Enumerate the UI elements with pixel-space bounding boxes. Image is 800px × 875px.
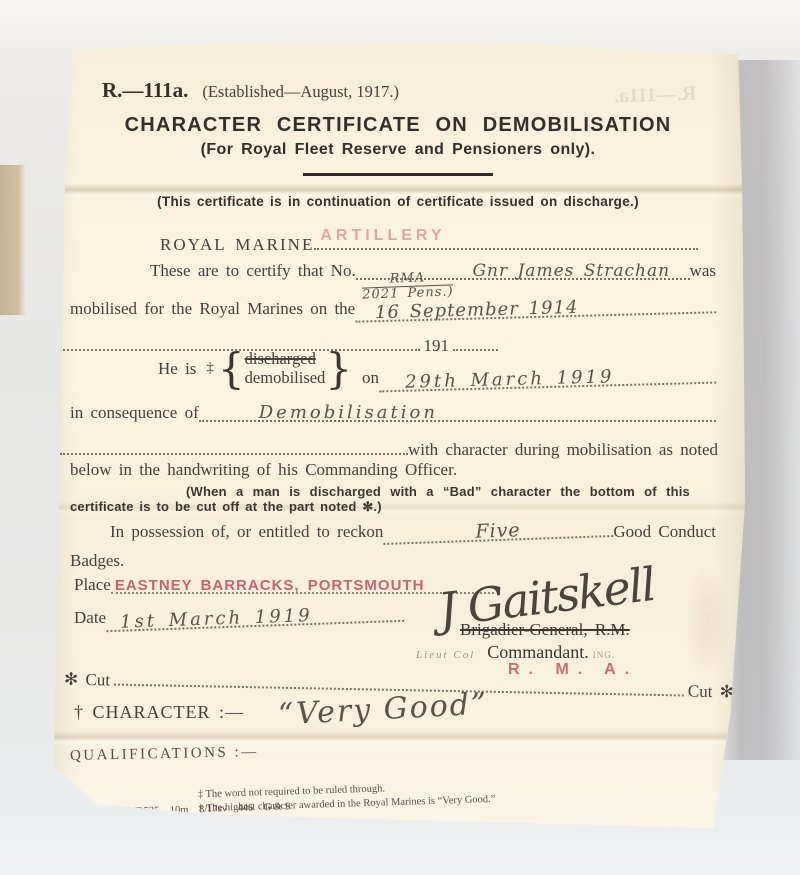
place-line: Place EASTNEY BARRACKS, PORTSMOUTH <box>74 575 494 595</box>
certificate-title: CHARACTER CERTIFICATE ON DEMOBILISATION <box>48 114 748 137</box>
consequence-value: Demobilisation <box>199 402 716 422</box>
character-note-line2: below in the handwriting of his Commandi… <box>70 460 457 480</box>
possession-suffix: Good Conduct <box>613 522 716 542</box>
demobilisation-date: 29th March 1919 <box>379 364 716 393</box>
possession-prefix: In possession of, or entitled to reckon <box>70 522 383 542</box>
possession-line: In possession of, or entitled to reckon … <box>70 520 716 542</box>
place-label: Place <box>74 575 111 595</box>
character-note-line: with character during mobilisation as no… <box>60 436 718 460</box>
service-line: ROYAL MARINE ARTILLERY <box>160 231 698 255</box>
rank-pencil: Lieut Col <box>416 649 475 661</box>
character-label: † CHARACTER :— <box>74 702 244 723</box>
certificate-document: R.—111a. R.—111a.(Established—August, 19… <box>48 42 748 832</box>
date-value: 1st March 1919 <box>106 602 404 632</box>
consequence-line: in consequence of Demobilisation <box>70 402 716 423</box>
stamp-showthrough <box>684 562 730 682</box>
form-number-showthrough: R.—111a. <box>613 83 696 109</box>
artillery-stamp: ARTILLERY <box>320 227 445 245</box>
mobilised-line: mobilised for the Royal Marines on the 1… <box>70 298 716 319</box>
open-brace: { <box>218 350 245 388</box>
cut-label-right: Cut ✻ <box>688 682 734 703</box>
rank-struck: Brigadier-General, R.M. <box>460 620 630 640</box>
date-line: Date 1st March 1919 <box>74 607 404 628</box>
title-rule <box>303 173 493 176</box>
consequence-label: in consequence of <box>70 403 199 423</box>
recruit-name: Gnr James Strachan <box>472 261 670 281</box>
service-number: RMA2021 Pens.) <box>361 270 453 301</box>
rank-suffix: ING. <box>593 650 615 660</box>
cut-label-left: ✻ Cut <box>64 670 110 691</box>
character-note-tail: with character during mobilisation as no… <box>408 440 718 460</box>
form-number: R.—111a. <box>102 78 188 102</box>
photograph-background: R.—111a. R.—111a.(Established—August, 19… <box>0 0 800 875</box>
rank-print: Commandant. <box>487 642 589 662</box>
status-line: He is ‡ { discharged demobilised } on 29… <box>158 350 716 388</box>
footnotes: ‡ The word not required to be ruled thro… <box>48 771 749 820</box>
certify-line: These are to certify that No. RMA2021 Pe… <box>70 261 716 281</box>
close-brace: } <box>325 350 352 388</box>
number-name-entry: RMA2021 Pens.) Gnr James Strachan <box>356 261 690 280</box>
certify-prefix: These are to certify that No. <box>70 261 356 281</box>
fabric-tan-left <box>0 165 26 315</box>
badges-word: Badges. <box>70 551 124 571</box>
date-label: Date <box>74 608 106 628</box>
established-date: (Established—August, 1917.) <box>202 82 399 101</box>
mobilised-date: 16 September 1914 <box>355 293 716 322</box>
certify-suffix: was <box>690 261 716 281</box>
status-options: discharged demobilised <box>245 350 326 388</box>
service-label: ROYAL MARINE <box>160 235 314 255</box>
mobilised-label: mobilised for the Royal Marines on the <box>70 299 355 319</box>
service-entry: ARTILLERY <box>314 231 698 250</box>
bad-character-note: (When a man is discharged with a “Bad” c… <box>70 484 690 515</box>
discharged-option: discharged <box>245 350 326 369</box>
year-trailing-dots <box>453 332 498 351</box>
character-leader-dots <box>60 436 408 455</box>
rank-line: Lieut Col Commandant. ING. <box>416 642 615 663</box>
on-label: on <box>362 368 379 388</box>
demobilised-option: demobilised <box>245 369 326 388</box>
fold-crease-bottom <box>48 730 748 746</box>
ruled-mark: ‡ <box>206 360 214 377</box>
he-is-label: He is <box>158 359 196 379</box>
certificate-subtitle: (For Royal Fleet Reserve and Pensioners … <box>48 141 748 159</box>
form-header-line: R.—111a.(Established—August, 1917.) <box>102 78 399 103</box>
qualifications-label: QUALIFICATIONS :— <box>70 744 259 765</box>
badges-count: Five <box>383 516 614 545</box>
continuation-note: (This certificate is in continuation of … <box>48 194 748 209</box>
